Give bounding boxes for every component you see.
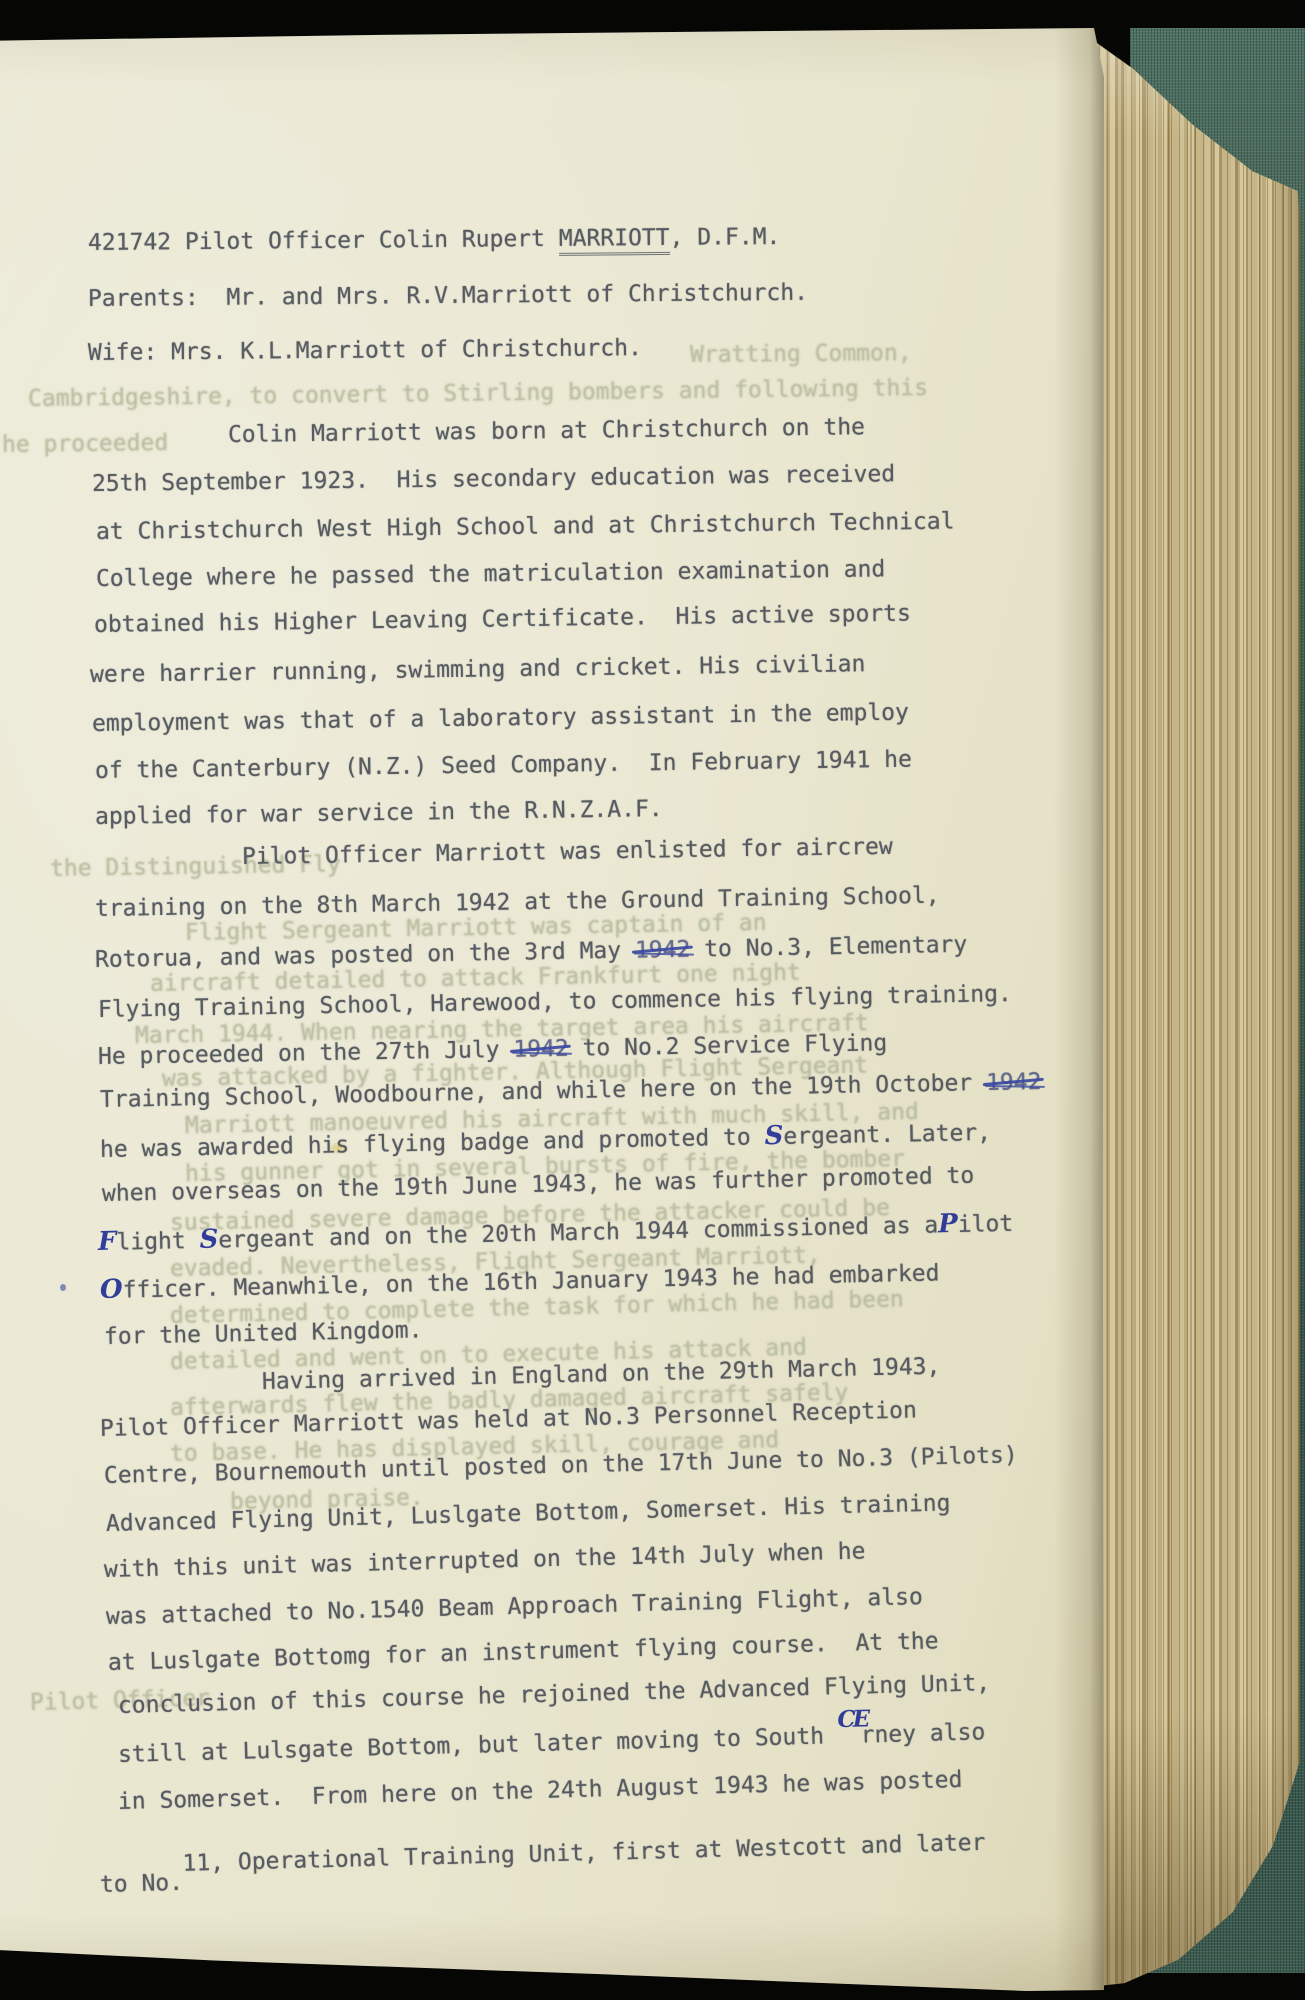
struck-out-text: 1942: [635, 937, 691, 964]
typed-text-segment: MARRIOTT: [559, 225, 670, 256]
typed-line: Having arrived in England on the 29th Ma…: [262, 1354, 941, 1395]
typed-line: Rotorua, and was posted on the 3rd May 1…: [95, 932, 968, 973]
typed-text-segment: to No.2 Service Flying: [569, 1030, 888, 1062]
typed-line: Wife: Mrs. K.L.Marriott of Christchurch.: [88, 335, 642, 366]
struck-out-text: 1942: [986, 1069, 1042, 1096]
typed-line: when overseas on the 19th June 1943, he …: [102, 1163, 975, 1207]
typed-line: for the United Kingdom.: [104, 1317, 423, 1350]
typed-text-segment: Pilot Officer Marriott was held at No.3 …: [100, 1397, 917, 1442]
typed-text-segment: light: [116, 1228, 200, 1256]
typed-text-segment: at Christchurch West High School and at …: [96, 509, 955, 545]
typed-text-segment: was attached to No.1540 Beam Approach Tr…: [106, 1584, 923, 1630]
book-photograph: Wratting Common,Cambridgeshire, to conve…: [0, 0, 1305, 2000]
typed-line: Colin Marriott was born at Christchurch …: [228, 414, 865, 448]
typed-text-segment: fficer. Meanwhile, on the 16th January 1…: [122, 1260, 939, 1303]
typed-line: Officer. Meanwhile, on the 16th January …: [100, 1257, 940, 1305]
typed-text-segment: employment was that of a laboratory assi…: [92, 700, 909, 737]
handwritten-ink-correction: S: [764, 1121, 783, 1151]
typed-text-segment: rney also: [860, 1719, 985, 1748]
typed-text-segment: applied for war service in the R.N.Z.A.F…: [95, 796, 663, 830]
typed-line: 25th September 1923. His secondary educa…: [92, 461, 895, 497]
typed-text-segment: ergeant and on the 20th March 1944 commi…: [218, 1212, 938, 1253]
typed-line: Training School, Woodbourne, and while h…: [100, 1069, 1042, 1113]
typed-text-segment: Rotorua, and was posted on the 3rd May: [95, 938, 635, 973]
typed-line: were harrier running, swimming and crick…: [90, 651, 866, 688]
typed-text-segment: Advanced Flying Unit, Luslgate Bottom, S…: [106, 1490, 951, 1537]
typed-line: training on the 8th March 1942 at the Gr…: [95, 883, 940, 922]
typed-line: Advanced Flying Unit, Luslgate Bottom, S…: [106, 1490, 951, 1537]
typed-line: in Somerset. From here on the 24th Augus…: [118, 1767, 963, 1815]
typed-text-segment: He proceeded on the 27th July: [98, 1037, 514, 1070]
typed-line: he was awarded his flying badge and prom…: [100, 1117, 992, 1164]
struck-out-text: 1942: [513, 1036, 569, 1063]
typed-text-segment: Pilot Officer Marriott was enlisted for …: [242, 834, 893, 870]
typed-text-segment: training on the 8th March 1942 at the Gr…: [95, 883, 940, 922]
typed-text-segment: for the United Kingdom.: [104, 1317, 423, 1350]
typed-line: to No.11, Operational Training Unit, fir…: [100, 1849, 987, 1898]
typed-line: was attached to No.1540 Beam Approach Tr…: [106, 1584, 923, 1630]
typed-text-segment: 25th September 1923. His secondary educa…: [92, 461, 895, 497]
typed-text-segment: to No.: [100, 1870, 184, 1898]
typed-text-segment: Training School, Woodbourne, and while h…: [100, 1070, 987, 1113]
handwritten-ink-correction: CE: [837, 1705, 868, 1733]
typed-line: at Christchurch West High School and at …: [96, 509, 955, 545]
typed-text-segment: Having arrived in England on the 29th Ma…: [262, 1354, 941, 1395]
typed-line: Centre, Bournemouth until posted on the …: [104, 1442, 1018, 1489]
typed-line: still at Lulsgate Bottom, but later movi…: [118, 1718, 986, 1768]
handwritten-ink-correction: S: [199, 1224, 218, 1254]
typed-text-segment: to No.3, Elementary: [690, 932, 967, 963]
typed-text-segment: ilot: [958, 1211, 1014, 1238]
typed-text-segment: 421742 Pilot Officer Colin Rupert: [88, 226, 559, 256]
typed-line: Flying Training School, Harewood, to com…: [98, 981, 1012, 1023]
typed-text-segment: in Somerset. From here on the 24th Augus…: [118, 1767, 963, 1815]
typed-text-segment: ergeant. Later,: [783, 1120, 991, 1150]
typed-text-segment: Colin Marriott was born at Christchurch …: [228, 414, 865, 448]
typed-text-segment: were harrier running, swimming and crick…: [90, 651, 866, 688]
typed-line: 421742 Pilot Officer Colin Rupert MARRIO…: [88, 224, 781, 256]
handwritten-ink-correction: F: [98, 1227, 117, 1257]
typed-text-segment: when overseas on the 19th June 1943, he …: [102, 1163, 975, 1207]
typed-text-segment: Parents: Mr. and Mrs. R.V.Marriott of Ch…: [88, 280, 808, 312]
typed-text-segment: obtained his Higher Leaving Certificate.…: [94, 601, 911, 638]
typed-line: Flight Sergeant and on the 20th March 19…: [98, 1208, 1014, 1257]
typed-line: Parents: Mr. and Mrs. R.V.Marriott of Ch…: [88, 280, 808, 312]
handwritten-ink-correction: P: [938, 1209, 958, 1239]
typed-text-segment: Wife: Mrs. K.L.Marriott of Christchurch.: [88, 335, 642, 366]
typed-text-segment: of the Canterbury (N.Z.) Seed Company. I…: [95, 747, 912, 784]
typed-text-segment: 11, Operational Training Unit, first at …: [182, 1830, 986, 1877]
typed-line: Pilot Officer Marriott was held at No.3 …: [100, 1397, 917, 1442]
typed-line: applied for war service in the R.N.Z.A.F…: [95, 796, 663, 830]
typed-text-layer: 421742 Pilot Officer Colin Rupert MARRIO…: [0, 0, 1305, 2000]
typed-line: obtained his Higher Leaving Certificate.…: [94, 601, 911, 638]
typed-line: employment was that of a laboratory assi…: [92, 700, 909, 737]
typed-line: of the Canterbury (N.Z.) Seed Company. I…: [95, 747, 912, 784]
typed-text-segment: he was awarded his flying badge and prom…: [100, 1124, 765, 1163]
typed-line: Pilot Officer Marriott was enlisted for …: [242, 834, 893, 870]
typed-text-segment: College where he passed the matriculatio…: [96, 556, 886, 592]
typed-text-segment: Flying Training School, Harewood, to com…: [98, 981, 1012, 1023]
typed-text-segment: Centre, Bournemouth until posted on the …: [104, 1442, 1018, 1489]
typed-line: with this unit was interrupted on the 14…: [104, 1538, 866, 1583]
typed-text-segment: still at Lulsgate Bottom, but later movi…: [118, 1723, 838, 1768]
typed-text-segment: at Luslgate Bottomg for an instrument fl…: [108, 1628, 939, 1676]
typed-line: College where he passed the matriculatio…: [96, 556, 886, 592]
handwritten-ink-correction: O: [100, 1275, 123, 1305]
typed-line: He proceeded on the 27th July 1942 to No…: [98, 1030, 888, 1070]
typed-line: at Luslgate Bottomg for an instrument fl…: [108, 1628, 939, 1676]
typed-text-segment: with this unit was interrupted on the 14…: [104, 1538, 866, 1583]
typed-text-segment: , D.F.M.: [669, 224, 780, 251]
